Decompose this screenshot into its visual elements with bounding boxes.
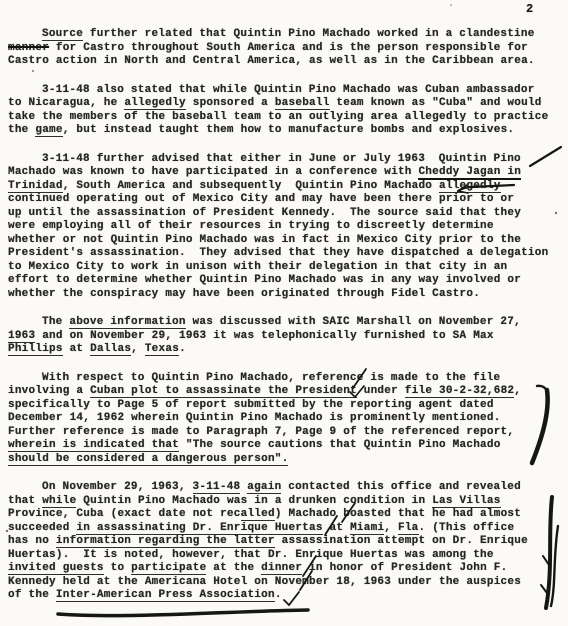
text-segment: With respect to Quintin Pino Machado, re… <box>42 372 500 384</box>
text-segment: in assassinating Dr. Enrique Huertas <box>76 522 322 535</box>
text-segment: continued operating out of Mexico City a… <box>8 193 514 205</box>
text-line: manner for Castro throughout South Ameri… <box>8 42 564 56</box>
text-segment: manner <box>8 42 49 54</box>
text-segment: whether the conspiracy may have been ori… <box>8 288 480 300</box>
text-segment: allegedly <box>124 97 186 110</box>
text-segment: , <box>131 343 145 355</box>
text-segment: that <box>8 495 42 507</box>
text-line: 3-11-48 also stated that while Quintin P… <box>8 84 564 98</box>
text-segment: President's assassination. They advised … <box>8 247 548 259</box>
text-segment: Source <box>42 28 83 41</box>
text-line: Source further related that Quintin Pino… <box>8 28 564 42</box>
text-segment: Fla <box>398 522 419 535</box>
text-segment: The <box>42 316 69 328</box>
text-segment: 3-11-48 also stated that while Quintin P… <box>42 84 535 96</box>
text-segment: of the <box>8 589 56 601</box>
text-line: specifically to Page 5 of report submitt… <box>8 399 564 413</box>
text-line: Province, Cuba (exact date not recalled)… <box>8 508 564 522</box>
text-line: up until the assassination of President … <box>8 207 564 221</box>
text-segment: has no <box>8 535 56 547</box>
text-segment: participate <box>131 562 206 575</box>
text-segment: 1963 <box>8 330 35 343</box>
text-segment: Huertas). It is noted, however, that Dr.… <box>8 549 494 561</box>
text-segment: , but instead taught them how to manufac… <box>63 124 515 136</box>
text-segment: team known as "Cuba" and would <box>330 97 542 109</box>
text-segment: contacted this office and revealed <box>281 481 520 493</box>
text-segment: above information <box>69 316 185 329</box>
text-segment: further related that Quintin Pino Machad… <box>83 28 535 40</box>
text-segment: while <box>42 495 76 508</box>
text-line: Huertas). It is noted, however, that Dr.… <box>8 549 564 563</box>
text-line: should be considered a dangerous person"… <box>8 453 564 467</box>
text-segment: file 30-2-32,682 <box>405 385 514 398</box>
text-segment: effort to determine whether Quintin Pino… <box>8 274 521 286</box>
text-segment: Trinidad <box>8 180 63 193</box>
text-segment: December 14, 1962 wherein Quintin Pino M… <box>8 412 501 424</box>
text-segment: should be considered a dangerous person"… <box>8 453 288 466</box>
text-segment: to Nicaragua, he <box>8 97 124 109</box>
text-segment: Dallas <box>90 343 131 356</box>
text-segment: in honor of President John F. <box>302 562 507 574</box>
text-segment: , <box>514 385 521 397</box>
paragraph-4: The above information was discussed with… <box>8 316 564 357</box>
text-segment: at <box>323 522 350 534</box>
text-line: has no information regarding the latter … <box>8 535 564 549</box>
text-segment: , South America and subsequently Quintin… <box>63 180 439 192</box>
text-segment: Texas <box>145 343 179 356</box>
text-line: the game, but instead taught them how to… <box>8 124 564 138</box>
text-line: The above information was discussed with… <box>8 316 564 330</box>
text-segment: assassination attempt on Dr. Enrique <box>275 535 528 547</box>
text-line: Castro action in North and Central Ameri… <box>8 55 564 69</box>
text-line: whether the conspiracy may have been ori… <box>8 288 564 302</box>
text-segment: baseball <box>275 97 330 110</box>
text-segment: Further reference is made to Paragraph 7… <box>8 426 514 438</box>
text-segment: allegedly <box>439 180 501 193</box>
text-segment: ) Machado boasted that he had almost <box>275 508 521 520</box>
text-segment: Miami <box>350 522 384 535</box>
text-segment: Quintin Pino Machado was in a drunken co… <box>76 495 432 507</box>
text-segment: Cuban plot to assassinate the President <box>90 385 357 398</box>
text-line: President's assassination. They advised … <box>8 247 564 261</box>
text-segment: game <box>35 124 62 137</box>
text-segment: Kennedy held at the Americana Hotel on N… <box>8 576 521 588</box>
text-line: of the Inter-American Press Association. <box>8 589 564 603</box>
text-segment: again <box>247 481 281 494</box>
text-segment: to <box>104 562 131 574</box>
text-segment: under <box>357 385 405 397</box>
text-segment: . <box>275 589 282 601</box>
paragraph-2: 3-11-48 also stated that while Quintin P… <box>8 84 564 138</box>
paragraph-5: With respect to Quintin Pino Machado, re… <box>8 372 564 467</box>
text-line: Machado was known to have participated i… <box>8 166 564 180</box>
text-line: succeeded in assassinating Dr. Enrique H… <box>8 522 564 536</box>
paragraph-3: 3-11-48 further advised that either in J… <box>8 153 564 302</box>
text-segment: 3-11-48 <box>193 481 241 494</box>
text-line: Further reference is made to Paragraph 7… <box>8 426 564 440</box>
text-segment: involving a <box>8 385 90 397</box>
text-line: December 14, 1962 wherein Quintin Pino M… <box>8 412 564 426</box>
text-line: take the members of the baseball team to… <box>8 111 564 125</box>
text-segment: invited guests <box>8 562 104 575</box>
text-segment: was discussed with SAIC Marshall on Nove… <box>186 316 521 328</box>
text-segment: Machado was known to have participated i… <box>8 166 418 178</box>
text-segment: Cheddy Jagan in <box>418 166 521 180</box>
text-line: Trinidad, South America and subsequently… <box>8 180 564 194</box>
text-segment: On November 29, 1963, <box>42 481 193 493</box>
text-line: were employing all of their resources in… <box>8 220 564 234</box>
text-segment: . (This office <box>419 522 515 534</box>
text-line: whether or not Quintin Pino Machado was … <box>8 234 564 248</box>
text-segment: take the members of the baseball team to… <box>8 111 548 123</box>
text-line: 1963 and on November 29, 1963 it was tel… <box>8 330 564 344</box>
text-line: On November 29, 1963, 3-11-48 again cont… <box>8 481 564 495</box>
paragraph-6: On November 29, 1963, 3-11-48 again cont… <box>8 481 564 603</box>
text-segment: information regarding the latter <box>56 535 275 548</box>
text-segment: alled <box>241 508 275 521</box>
text-line: With respect to Quintin Pino Machado, re… <box>8 372 564 386</box>
document-body: Source further related that Quintin Pino… <box>8 28 564 618</box>
text-segment: succeeded <box>8 522 76 534</box>
text-segment: specifically to Page 5 of report submitt… <box>8 399 494 411</box>
text-line: 3-11-48 further advised that either in J… <box>8 153 564 167</box>
text-segment: "The source cautions that Quintin Pino M… <box>179 439 501 451</box>
text-segment: sponsored a <box>186 97 275 109</box>
text-segment: whether or not Quintin Pino Machado was … <box>8 234 521 246</box>
text-line: wherein is indicated that "The source ca… <box>8 439 564 453</box>
text-segment: Phillips <box>8 343 63 356</box>
text-line: effort to determine whether Quintin Pino… <box>8 274 564 288</box>
text-segment: wherein is indicated that <box>8 439 179 452</box>
text-segment: Castro action in North and Central Ameri… <box>8 55 535 67</box>
text-segment: , <box>384 522 398 534</box>
text-line: involving a Cuban plot to assassinate th… <box>8 385 564 399</box>
text-segment: at the <box>206 562 261 574</box>
text-line: continued operating out of Mexico City a… <box>8 193 564 207</box>
text-line: Phillips at Dallas, Texas. <box>8 343 564 357</box>
text-segment: up until the assassination of President … <box>8 207 521 219</box>
text-line: to Mexico City to work in unison with th… <box>8 261 564 275</box>
text-segment: dinner <box>261 562 302 575</box>
text-line: that while Quintin Pino Machado was in a… <box>8 495 564 509</box>
text-segment: . <box>179 343 186 355</box>
text-line: invited guests to participate at the din… <box>8 562 564 576</box>
text-segment: and on November 29, 1963 it was telephon… <box>35 330 493 342</box>
text-segment: Las Villas <box>432 495 500 508</box>
text-segment: Inter-American Press Association <box>56 589 275 602</box>
text-segment: 3-11-48 further advised that either in J… <box>42 153 521 165</box>
text-segment: Province, Cuba (exact date not rec <box>8 508 241 520</box>
paragraph-1: Source further related that Quintin Pino… <box>8 28 564 69</box>
text-line: Kennedy held at the Americana Hotel on N… <box>8 576 564 590</box>
text-segment: for Castro throughout South America and … <box>49 42 528 54</box>
page-number: 2 <box>526 2 533 16</box>
text-segment: the <box>8 124 35 136</box>
text-segment: to Mexico City to work in unison with th… <box>8 261 507 273</box>
text-segment: at <box>63 343 90 355</box>
text-segment: were employing all of their resources in… <box>8 220 494 232</box>
text-line: to Nicaragua, he allegedly sponsored a b… <box>8 97 564 111</box>
